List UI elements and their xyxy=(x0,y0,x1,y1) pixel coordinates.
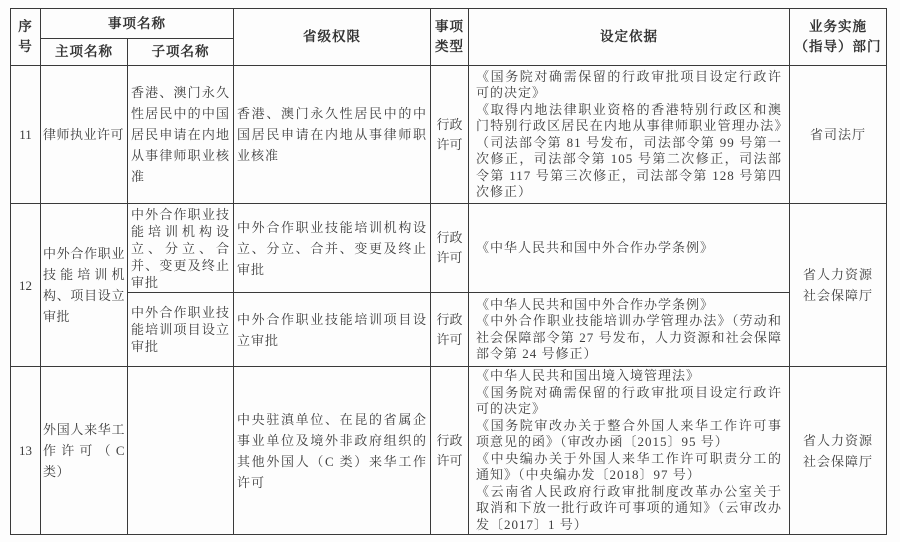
table-row-13: 13 外国人来华工作许可（C类） 中央驻滇单位、在昆的省属企事业单位及境外非政府… xyxy=(11,367,887,535)
implementing-department: 省人力资源社会保障厅 xyxy=(790,367,887,535)
provincial-authority: 香港、澳门永久性居民中的中国居民申请在内地从事律师职业核准 xyxy=(234,66,431,204)
table-row-12b: 中外合作职业技能培训项目设立审批 中外合作职业技能培训项目设立审批 行政许可 《… xyxy=(11,293,887,367)
basis-paragraph: 《中华人民共和国出境入境管理法》 xyxy=(476,368,782,385)
basis-paragraph: 《国务院审改办关于整合外国人来华工作许可事项意见的函》（审改办函〔2015〕95… xyxy=(476,418,782,451)
main-item-name: 律师执业许可 xyxy=(41,66,128,204)
basis-cell: 《中华人民共和国出境入境管理法》 《国务院对确需保留的行政审批项目设定行政许可的… xyxy=(469,367,790,535)
table-row-12a: 12 中外合作职业技能培训机构、项目设立审批 中外合作职业技能培训机构设立、分立… xyxy=(11,204,887,293)
basis-cell: 《国务院对确需保留的行政审批项目设定行政许可的决定》 《取得内地法律职业资格的香… xyxy=(469,66,790,204)
row-number: 13 xyxy=(11,367,41,535)
provincial-authority: 中央驻滇单位、在昆的省属企事业单位及境外非政府组织的其他外国人（C 类）来华工作… xyxy=(234,367,431,535)
basis-paragraph: 《云南省人民政府行政审批制度改革办公室关于取消和下放一批行政许可事项的通知》（云… xyxy=(476,484,782,534)
table-row-11: 11 律师执业许可 香港、澳门永久性居民中的中国居民申请在内地从事律师职业核准 … xyxy=(11,66,887,204)
sub-item-name-empty xyxy=(128,367,234,535)
basis-cell: 《中华人民共和国中外合作办学条例》 xyxy=(469,204,790,293)
basis-paragraph: 《取得内地法律职业资格的香港特别行政区和澳门特别行政区居民在内地从事律师职业管理… xyxy=(476,102,782,201)
basis-cell: 《中华人民共和国中外合作办学条例》 《中外合作职业技能培训办学管理办法》（劳动和… xyxy=(469,293,790,367)
row-number: 12 xyxy=(11,204,41,367)
implementing-department: 省司法厅 xyxy=(790,66,887,204)
row-number: 11 xyxy=(11,66,41,204)
basis-paragraph: 《中华人民共和国中外合作办学条例》 xyxy=(476,240,782,257)
basis-paragraph: 《中华人民共和国中外合作办学条例》 xyxy=(476,297,782,314)
basis-paragraph: 《国务院对确需保留的行政审批项目设定行政许可的决定》 xyxy=(476,385,782,418)
main-item-name: 外国人来华工作许可（C类） xyxy=(41,367,128,535)
item-type: 行政许可 xyxy=(431,66,469,204)
header-cell-no: 序号 xyxy=(11,9,41,66)
basis-paragraph: 《中央编办关于外国人来华工作许可职责分工的通知》（中央编办发〔2018〕97 号… xyxy=(476,451,782,484)
header-department-line1: 业务实施 xyxy=(792,17,884,37)
main-item-name: 中外合作职业技能培训机构、项目设立审批 xyxy=(41,204,128,367)
basis-paragraph: 《中外合作职业技能培训办学管理办法》（劳动和社会保障部令第 27 号发布，人力资… xyxy=(476,313,782,363)
header-department-line2: （指导）部门 xyxy=(792,37,884,57)
header-cell-provincial-authority: 省级权限 xyxy=(234,9,431,66)
sub-item-name: 香港、澳门永久性居民中的中国居民申请在内地从事律师职业核准 xyxy=(128,66,234,204)
item-type: 行政许可 xyxy=(431,293,469,367)
header-cell-sub-name: 子项名称 xyxy=(128,39,234,66)
header-cell-item-type: 事项类型 xyxy=(431,9,469,66)
approval-items-table: 序号 事项名称 省级权限 事项类型 设定依据 业务实施 （指导）部门 主项名称 … xyxy=(10,8,887,535)
header-row-1: 序号 事项名称 省级权限 事项类型 设定依据 业务实施 （指导）部门 xyxy=(11,9,887,39)
provincial-authority: 中外合作职业技能培训项目设立审批 xyxy=(234,293,431,367)
header-cell-main-name: 主项名称 xyxy=(41,39,128,66)
sub-item-name: 中外合作职业技能培训项目设立审批 xyxy=(128,293,234,367)
header-cell-department: 业务实施 （指导）部门 xyxy=(790,9,887,66)
header-cell-basis: 设定依据 xyxy=(469,9,790,66)
implementing-department: 省人力资源社会保障厅 xyxy=(790,204,887,367)
provincial-authority: 中外合作职业技能培训机构设立、分立、合并、变更及终止审批 xyxy=(234,204,431,293)
sub-item-name: 中外合作职业技能培训机构设立、分立、合并、变更及终止审批 xyxy=(128,204,234,293)
item-type: 行政许可 xyxy=(431,367,469,535)
header-cell-item-name: 事项名称 xyxy=(41,9,234,39)
basis-paragraph: 《国务院对确需保留的行政审批项目设定行政许可的决定》 xyxy=(476,69,782,102)
item-type: 行政许可 xyxy=(431,204,469,293)
document-page: 序号 事项名称 省级权限 事项类型 设定依据 业务实施 （指导）部门 主项名称 … xyxy=(0,0,900,535)
